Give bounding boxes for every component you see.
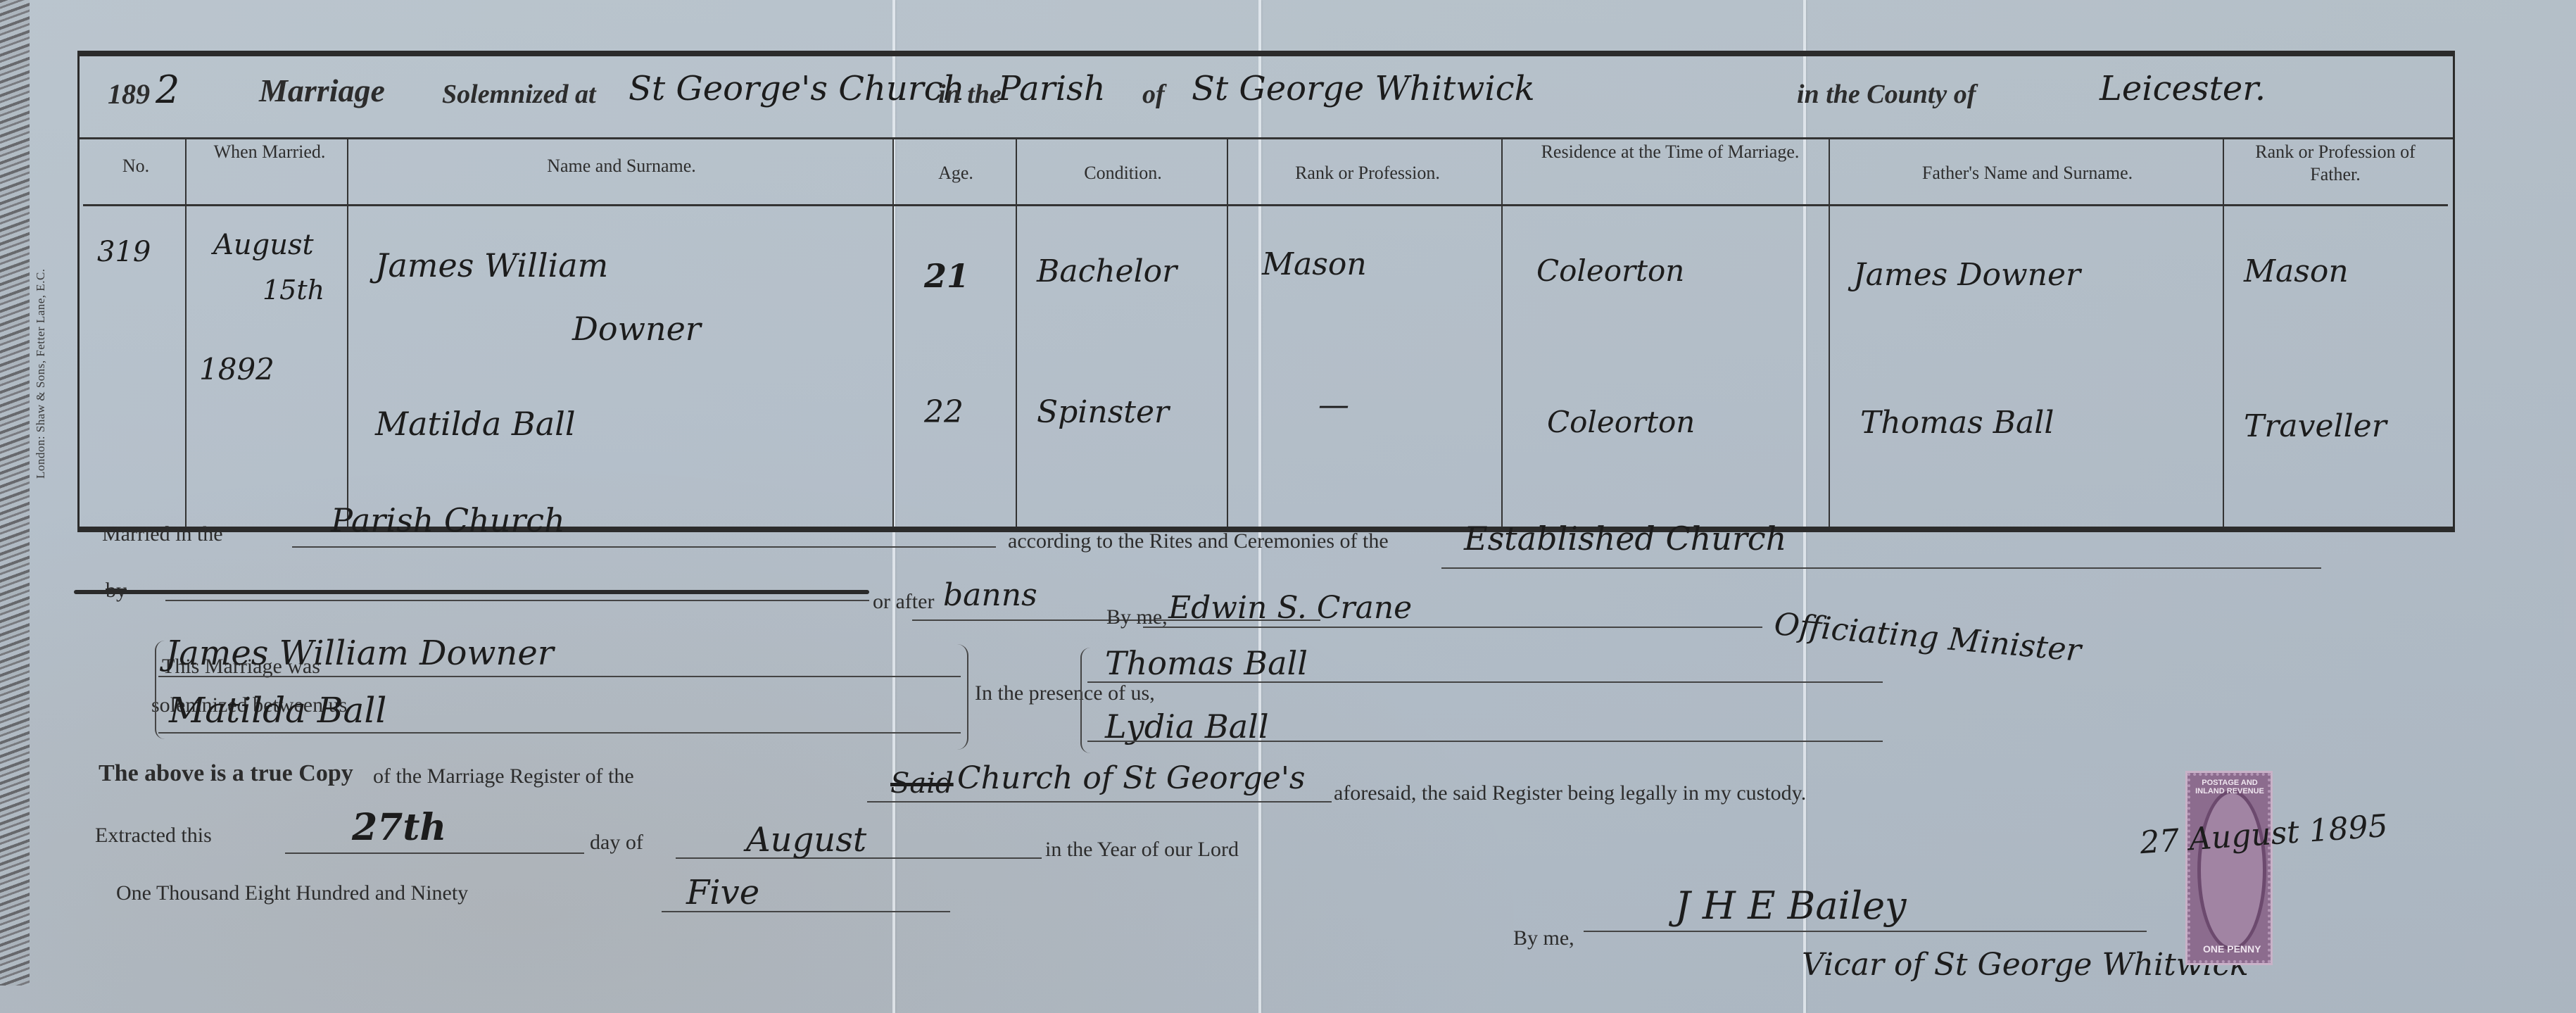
printer-imprint: London: Shaw & Sons, Fetter Lane, E.C. [34,268,76,479]
groom-father-rank: Mason [2244,253,2349,289]
witness2-signature: Lydia Ball [1105,707,1269,745]
column-divider [1016,137,1017,527]
groom-father-name: James Downer [1853,257,2081,293]
groom-condition: Bachelor [1037,253,1177,289]
header-father-rank: Rank or Profession of Father. [2230,141,2441,186]
bride-condition: Spinster [1037,394,1169,430]
year-words-value: Five [686,873,759,912]
year-of-lord-label: in the Year of our Lord [1045,838,1239,862]
witness-brace [1080,648,1090,753]
bride-father-name: Thomas Ball [1860,405,2054,441]
left-brace [155,641,165,739]
extracted-label: Extracted this [95,824,212,848]
certifier-title: Vicar of St George Whitwick [1802,947,2249,983]
bride-residence: Coleorton [1547,405,1695,439]
county-name: Leicester. [2100,69,2266,108]
or-after-label: or after [873,590,934,614]
guilloche-border [0,0,30,986]
party1-line [158,676,961,677]
year-handwritten: 2 [156,68,179,112]
header-age: Age. [896,162,1016,184]
bride-name: Matilda Ball [375,405,576,443]
header-underline [83,204,2448,206]
column-divider [1829,137,1830,527]
groom-rank: Mason [1262,246,1367,282]
parish-label: Parish [998,69,1106,108]
bride-father-rank: Traveller [2244,408,2387,444]
header-residence: Residence at the Time of Marriage. [1529,141,1811,163]
strikethrough-line [74,590,869,594]
marriage-label: Marriage [259,72,385,109]
married-in-label: Married in the [102,522,223,546]
column-divider [1227,137,1228,527]
party2-signature: Matilda Ball [169,690,386,731]
witness2-line [1087,741,1883,742]
church-name: St George's Church [629,69,965,108]
married-month: August [213,229,314,261]
aforesaid-label: aforesaid, the said Register being legal… [1334,781,1806,805]
married-year: 1892 [199,352,274,386]
column-divider [1501,137,1503,527]
header-rank: Rank or Profession. [1234,162,1501,184]
column-divider [185,137,187,527]
witness1-signature: Thomas Ball [1105,644,1308,682]
column-divider [347,137,348,527]
register-church: Church of St George's [957,760,1306,796]
groom-age: 21 [924,257,969,295]
officiant-name: Edwin S. Crane [1168,590,1412,626]
stamp-top-text: POSTAGE AND INLAND REVENUE [2195,779,2265,795]
by-line [165,600,869,601]
extracted-day: 27th [352,806,446,849]
groom-surname: Downer [572,310,701,348]
day-of-label: day of [590,831,643,855]
right-brace [957,644,968,750]
rites-line [1441,567,2321,569]
married-in-value: Parish Church [331,501,565,539]
groom-residence: Coleorton [1536,253,1684,288]
entry-number: 319 [97,236,151,268]
in-the-label: in the [938,79,1002,110]
officiant-line [1143,627,1762,628]
married-day: 15th [263,275,324,306]
header-no: No. [87,155,185,177]
party1-signature: James William Downer [165,634,554,673]
married-in-line [292,546,996,548]
header-condition: Condition. [1019,162,1227,184]
party2-line [158,732,961,734]
certifier-signature: J H E Bailey [1675,883,1907,928]
parish-name: St George Whitwick [1192,69,1535,108]
struck-word: Said [890,767,954,800]
title-row: 189 2 Marriage Solemnized at St George's… [80,56,2453,139]
rites-value: Established Church [1464,520,1786,558]
register-entry-table: 189 2 Marriage Solemnized at St George's… [77,51,2455,532]
year-words-label: One Thousand Eight Hundred and Ninety [116,881,468,905]
by-me-label: By me, [1106,605,1168,629]
rites-label: according to the Rites and Ceremonies of… [1008,529,1389,553]
header-father-name: Father's Name and Surname. [1832,162,2223,184]
stamp-bottom-text: ONE PENNY [2203,943,2261,955]
extracted-month: August [746,820,866,860]
presence-label: In the presence of us, [975,681,1155,705]
of-label: of [1142,79,1165,110]
county-label: in the County of [1797,79,1976,110]
register-line [867,801,1332,803]
header-when-married: When Married. [192,141,347,163]
column-divider [892,137,894,527]
bride-rank: — [1318,387,1349,423]
certifier-line [1584,931,2147,932]
witness1-line [1087,681,1883,683]
or-after-value: banns [943,577,1037,613]
groom-first-names: James William [375,246,608,284]
true-copy-label: The above is a true Copy [99,760,353,787]
register-label: of the Marriage Register of the [373,765,634,788]
column-divider [2223,137,2224,527]
extracted-day-line [285,852,584,854]
year-printed: 189 [108,77,150,111]
header-name: Name and Surname. [354,155,889,177]
by-me-certifier-label: By me, [1513,926,1574,950]
postage-revenue-stamp: POSTAGE AND INLAND REVENUE ONE PENNY [2187,773,2271,963]
solemnized-at-label: Solemnized at [442,79,596,110]
queen-portrait-icon [2197,790,2266,950]
bride-age: 22 [924,394,964,430]
